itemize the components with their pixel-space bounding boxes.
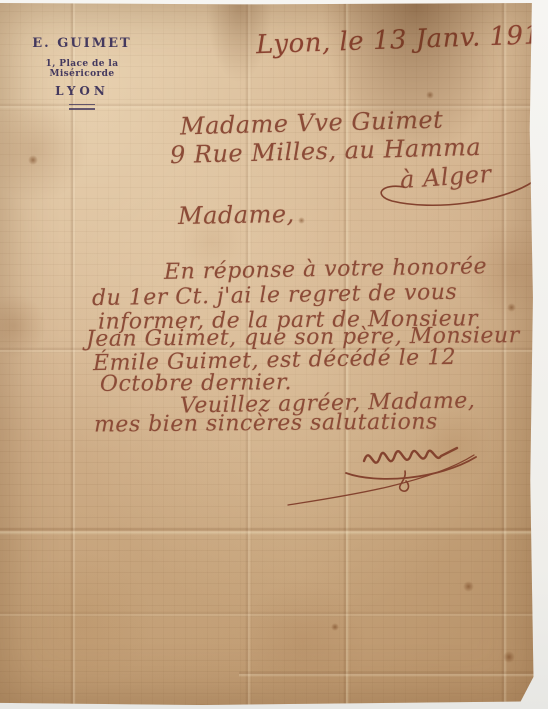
scanned-letter: E. GUIMET 1, Place de la Miséricorde LYO… <box>0 0 548 709</box>
letterhead-divider <box>69 104 95 110</box>
stain-spot <box>298 217 305 224</box>
letterhead: E. GUIMET 1, Place de la Miséricorde LYO… <box>12 36 152 110</box>
paper-sheet: E. GUIMET 1, Place de la Miséricorde LYO… <box>0 3 534 705</box>
letterhead-name: E. GUIMET <box>12 36 152 51</box>
letterhead-address: 1, Place de la Miséricorde <box>12 59 152 79</box>
salutation: Madame, <box>178 200 295 230</box>
letterhead-city: LYON <box>12 84 152 98</box>
stain-spot <box>331 623 339 631</box>
fold-crease-horizontal <box>239 671 534 677</box>
stain-spot <box>507 303 516 312</box>
underline-flourish <box>370 175 538 211</box>
stain-spot <box>503 651 515 663</box>
fold-crease-horizontal <box>0 527 534 535</box>
fold-crease-vertical <box>501 3 507 705</box>
stain-spot <box>426 91 434 99</box>
stain-spot <box>463 581 474 592</box>
dateline: Lyon, le 13 Janv. 1919 <box>256 20 548 61</box>
signature-scribble <box>276 431 488 513</box>
fold-crease-horizontal <box>0 611 534 617</box>
stain-spot <box>28 155 38 165</box>
